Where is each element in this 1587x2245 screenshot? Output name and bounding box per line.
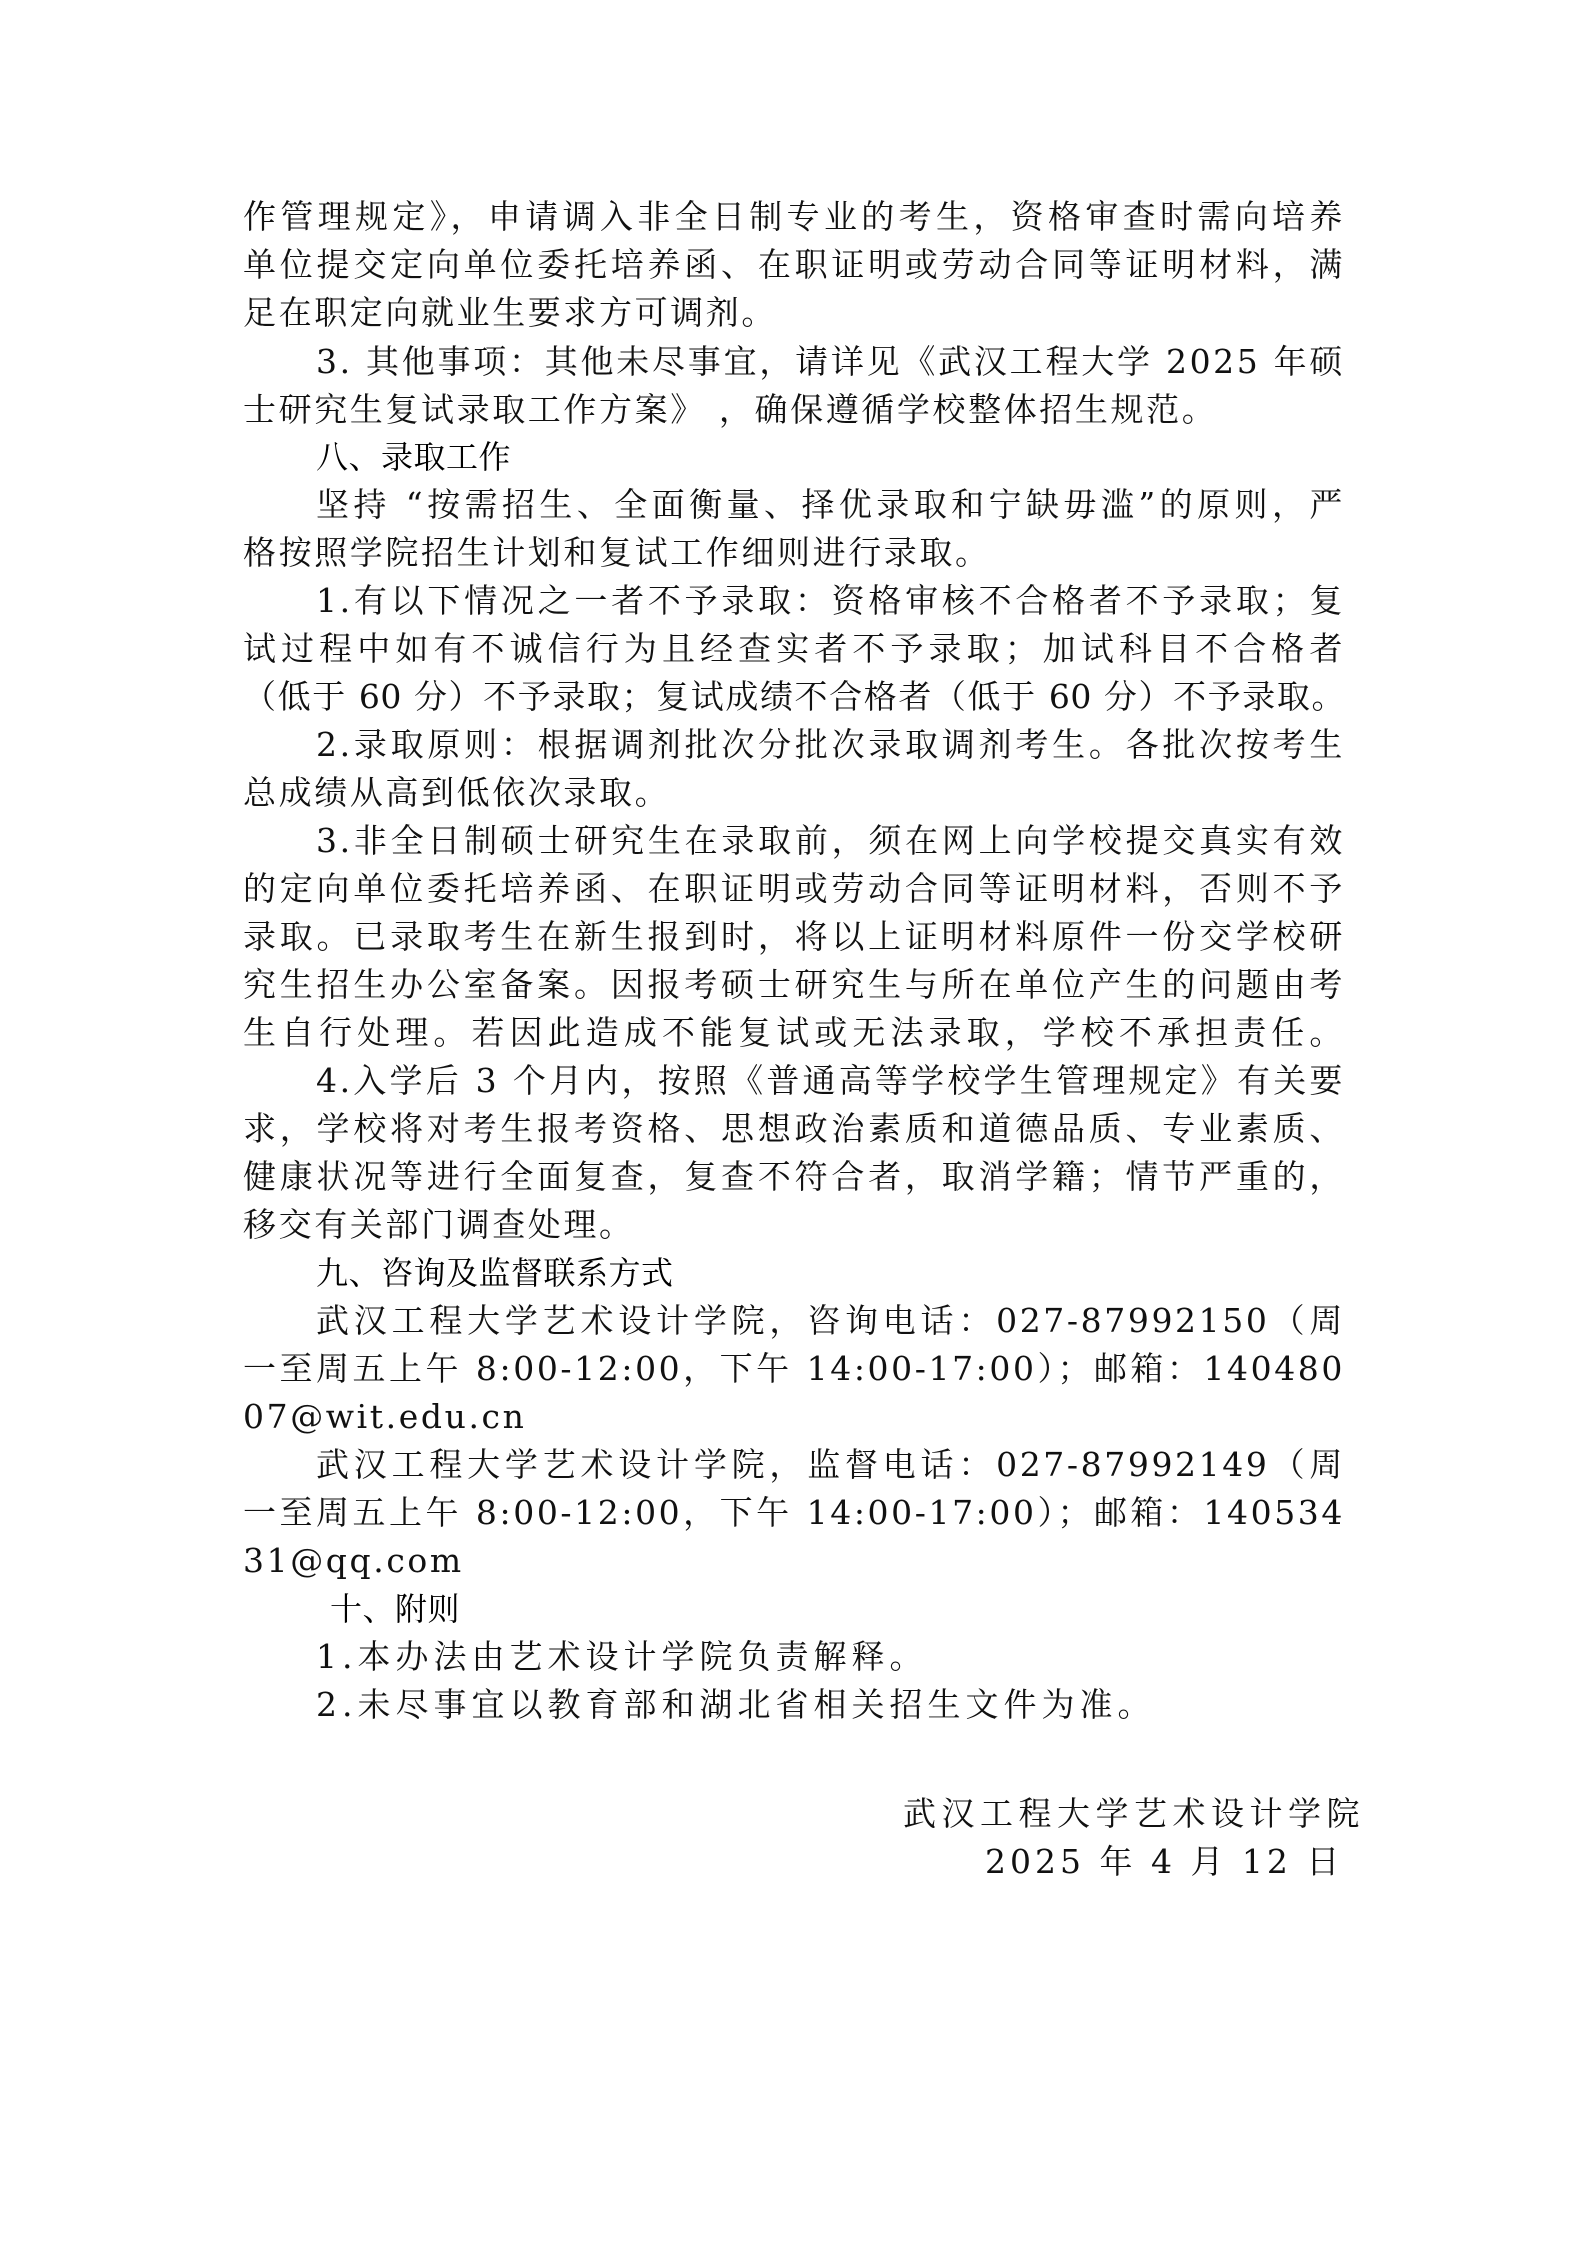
paragraph-line: 究生招生办公室备案。因报考硕士研究生与所在单位产生的问题由考 (243, 961, 1345, 1009)
paragraph-line: 格按照学院招生计划和复试工作细则进行录取。 (243, 529, 1345, 577)
paragraph-line: 1.有以下情况之一者不予录取：资格审核不合格者不予录取；复 (243, 577, 1345, 625)
paragraph-line: 健康状况等进行全面复查，复查不符合者，取消学籍；情节严重的， (243, 1153, 1345, 1201)
contact-line: 武汉工程大学艺术设计学院，咨询电话：027-87992150（周 (243, 1297, 1345, 1345)
paragraph-line: 3.非全日制硕士研究生在录取前，须在网上向学校提交真实有效 (243, 817, 1345, 865)
section-heading-admission: 八、录取工作 (316, 433, 1418, 481)
document-page: 作管理规定》，申请调入非全日制专业的考生，资格审查时需向培养 单位提交定向单位委… (0, 0, 1587, 2245)
paragraph-line: 试过程中如有不诚信行为且经查实者不予录取；加试科目不合格者 (243, 625, 1345, 673)
paragraph-line: 单位提交定向单位委托培养函、在职证明或劳动合同等证明材料，满 (243, 241, 1345, 289)
paragraph-line: 3. 其他事项：其他未尽事宜，请详见《武汉工程大学 2025 年硕 (243, 338, 1345, 386)
paragraph-line: 求，学校将对考生报考资格、思想政治素质和道德品质、专业素质、 (243, 1105, 1345, 1153)
signature-org: 武汉工程大学艺术设计学院 (903, 1790, 1365, 1838)
paragraph-line: 足在职定向就业生要求方可调剂。 (243, 289, 1345, 337)
paragraph-line: 士研究生复试录取工作方案》 ，确保遵循学校整体招生规范。 (243, 386, 1345, 434)
paragraph-line: 1.本办法由艺术设计学院负责解释。 (243, 1633, 1345, 1681)
contact-line: 武汉工程大学艺术设计学院，监督电话：027-87992149（周 (243, 1441, 1345, 1489)
section-heading-appendix: 十、附则 (330, 1585, 1432, 1633)
signature-date: 2025 年 4 月 12 日 (985, 1838, 1343, 1886)
paragraph-line: 生自行处理。若因此造成不能复试或无法录取，学校不承担责任。 (243, 1009, 1345, 1057)
consult-email: 07@wit.edu.cn (243, 1393, 1345, 1441)
paragraph-line: 移交有关部门调查处理。 (243, 1201, 1345, 1249)
section-heading-contact: 九、咨询及监督联系方式 (316, 1249, 1418, 1297)
contact-line: 一至周五上午 8:00-12:00，下午 14:00-17:00）；邮箱：140… (243, 1489, 1345, 1537)
paragraph-line: 总成绩从高到低依次录取。 (243, 769, 1345, 817)
paragraph-line: 2.录取原则：根据调剂批次分批次录取调剂考生。各批次按考生 (243, 721, 1345, 769)
paragraph-line: 录取。已录取考生在新生报到时，将以上证明材料原件一份交学校研 (243, 913, 1345, 961)
paragraph-line: 4.入学后 3 个月内，按照《普通高等学校学生管理规定》有关要 (243, 1057, 1345, 1105)
paragraph-line: 坚持 “按需招生、全面衡量、择优录取和宁缺毋滥”的原则，严 (243, 481, 1345, 529)
paragraph-line: 作管理规定》，申请调入非全日制专业的考生，资格审查时需向培养 (243, 193, 1345, 241)
paragraph-line: 2.未尽事宜以教育部和湖北省相关招生文件为准。 (243, 1681, 1345, 1729)
supervise-email: 31@qq.com (243, 1537, 1345, 1585)
paragraph-line: 的定向单位委托培养函、在职证明或劳动合同等证明材料，否则不予 (243, 865, 1345, 913)
contact-line: 一至周五上午 8:00-12:00，下午 14:00-17:00）；邮箱：140… (243, 1345, 1345, 1393)
paragraph-line: （低于 60 分）不予录取；复试成绩不合格者（低于 60 分）不予录取。 (243, 673, 1345, 721)
